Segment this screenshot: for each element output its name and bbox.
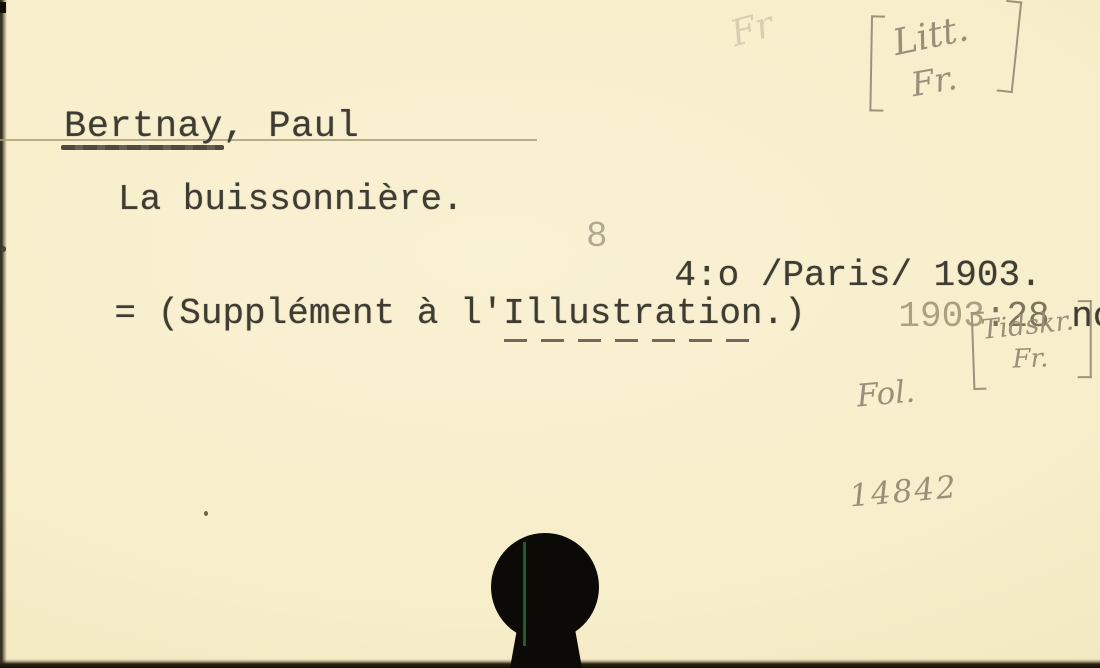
bracket-note-line2: Fr. <box>1012 345 1049 372</box>
shelfmark-annotation: Fol. 14842 <box>834 312 964 575</box>
right-bracket-mark <box>1078 300 1092 378</box>
paper-speck <box>1 246 6 252</box>
paper-speck <box>0 2 6 13</box>
author-heading: Bertnay, Paul <box>64 109 359 146</box>
paper-speck <box>204 511 208 516</box>
faint-pencil-note: Fr <box>727 7 777 53</box>
title-text: La buissonnière. <box>118 182 464 218</box>
bottom-right-bracket-annotation: Tidskr. Fr. <box>964 298 1097 396</box>
series-underlined-word: Illustration <box>503 293 762 334</box>
bracket-note-line2: Fr. <box>909 61 960 101</box>
catalog-card: Bertnay, Paul La buissonnière. 84:o /Par… <box>0 0 1100 668</box>
shelfmark-number: 14842 <box>848 472 959 512</box>
series-prefix: = (Supplément à l' <box>114 293 503 334</box>
scanner-artifact-line <box>523 542 526 646</box>
card-left-edge <box>0 0 7 668</box>
series-statement: = (Supplément à l'Illustration.) <box>28 260 806 368</box>
left-bracket-mark <box>869 15 885 111</box>
series-suffix: .) <box>763 293 806 334</box>
bracket-note-line1: Tidskr. <box>980 307 1075 344</box>
keyhole-punch-hole <box>491 533 599 641</box>
bracket-note-line1: Litt. <box>890 11 972 62</box>
right-bracket-mark <box>997 0 1023 93</box>
overstrike-ghost-char: 8 <box>586 219 608 255</box>
top-right-bracket-annotation: Litt. Fr. <box>859 0 1026 116</box>
author-heading-underline <box>61 145 224 150</box>
shelfmark-format: Fol. <box>855 374 950 413</box>
